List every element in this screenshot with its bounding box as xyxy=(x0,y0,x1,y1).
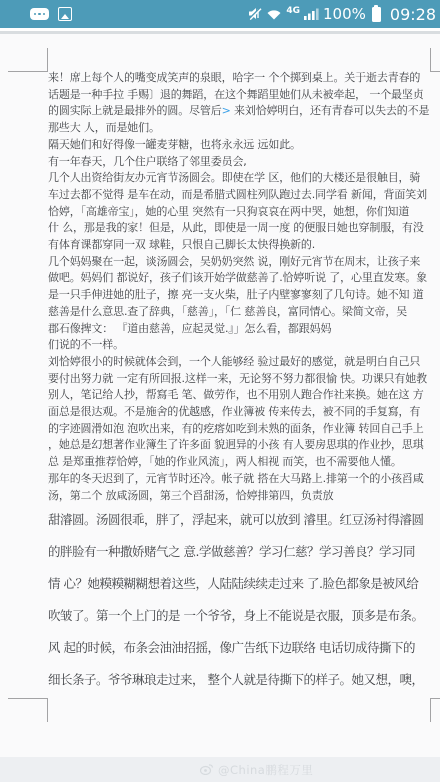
body-text-wide-spacing: 甜濬圆。汤圆很乖，胖了，浮起来，就可以放到 濬里。红豆汤衬得濬圆的胖脸有一种撒娇… xyxy=(48,504,431,696)
status-bar-notifications xyxy=(30,7,72,21)
text-line: 别人，笔记给人抄，帮寫毛 笔、做劳作，也不用别人跑合作社来换。她在这 方 xyxy=(48,387,431,404)
crop-mark-bottom-left xyxy=(8,698,48,722)
text-line: 那年的冬天迟到了，元宵节时还冷。帐子就 搭在大马路上.排第一个的小孩舀咸 xyxy=(48,471,431,488)
text-line: 吹皱了。第一个上门的是 一个爷爷，身上不能说是衣服，顶多是布条。 xyxy=(48,600,431,632)
weibo-icon xyxy=(200,760,214,779)
text-line: 几个妈妈聚在一起，谈汤圆会，吴奶奶突然 说，刚好元宵节在周末，让孩子来 xyxy=(48,254,431,271)
vibrate-icon xyxy=(248,5,262,24)
text-line: 的圆实际上就是最排外的圆。尽管后> 来刘恰婷明白，还有青春可以失去的不是 xyxy=(48,103,431,120)
wifi-icon xyxy=(266,5,282,24)
text-line: 面总是很达观。不是施舍的优越感，作业簿被 传来传去，被不同的手复寫，有 xyxy=(48,404,431,421)
body-text-normal-spacing: 来！席上每个人的嘴变成笑声的泉眼，哈字一 个个掷到桌上。关于逝去青春的话题是一种… xyxy=(48,70,431,504)
text-line: 做吧。妈妈们 都说好，孩子们该开始学做慈善了.恰婷听说 了，心里直发寒。象 xyxy=(48,270,431,287)
text-line: ，她总是幻想著作业簿生了许多面 貌迥异的小孩 有人要房思琪的作业抄，思琪 xyxy=(48,437,431,454)
text-line: 郡石像捭文： 『道由慈善，应起灵觉.』」怎么看，都跟妈妈 xyxy=(48,321,431,338)
screenshot-notification-icon xyxy=(58,7,72,21)
text-line: 来！席上每个人的嘴变成笑声的泉眼，哈字一 个个掷到桌上。关于逝去青春的 xyxy=(48,70,431,87)
text-line: 几个人出资给街友办元宵节汤圆会。即使在学 区，他们的大楼还是很触目，骑 xyxy=(48,170,431,187)
watermark-strip: @China鹏程万里 xyxy=(0,757,440,782)
text-line: 什 么，那是我的家！但是，从此，即使是一周一度 的便服日她也穿制服，有没 xyxy=(48,220,431,237)
status-bar-indicators: 4G 100% 09:28 xyxy=(248,5,436,24)
battery-percent-label: 100% xyxy=(323,5,366,23)
text-line: 隔天她们和好得像一罐麦芽糖，也将永永远 远如此。 xyxy=(48,137,431,154)
text-line: 是一只手伸进她的肚子，擦 亮一支火柴，肚子内壁寥寥刻了几句诗。她不知 道 xyxy=(48,287,431,304)
signal-strength-icon xyxy=(304,5,319,24)
message-notification-icon xyxy=(30,8,49,20)
watermark-text: @China鹏程万里 xyxy=(218,762,313,778)
text-line: 有一年春天，几个住户联络了邻里委员会, xyxy=(48,154,431,171)
document-page: 来！席上每个人的嘴变成笑声的泉眼，哈字一 个个掷到桌上。关于逝去青春的话题是一种… xyxy=(0,34,440,757)
crop-mark-bottom-right xyxy=(430,698,440,722)
text-line: 恰婷，「高雄帝宝」，她的心里 突然有一只狗哀哀在两中哭，她想，你们知道 xyxy=(48,204,431,221)
text-line: 细长条子。爷爷琳琅走过来， 整个人就是待撕下的样子。她又想，噢， xyxy=(48,664,431,696)
status-bar: 4G 100% 09:28 xyxy=(0,0,440,28)
text-line: 的胖脸有一种撒娇赌气之 意.学做慈善？学习仁慈？学习善良？学习同 xyxy=(48,536,431,568)
text-line: 那些大 人，而是她们。 xyxy=(48,120,431,137)
text-line: 慈善是什么意思.查了辞典，「慈善」，「仁 慈善良，富同情心。梁简文帝，吴 xyxy=(48,304,431,321)
battery-icon xyxy=(372,7,381,22)
text-line: 车过去都不觉得 是车在动，而是希腊式圆柱列队跑过去.同学看 新闻，背面笑刘 xyxy=(48,187,431,204)
crop-mark-top-right xyxy=(430,48,440,72)
text-line: 汤，第二个 放咸汤圆，第三个舀甜汤，恰婷排第四，负责放 xyxy=(48,488,431,505)
text-line: 话题是一种手拉 手赐〕退的舞蹈，在这个舞蹈里她们从未被牵起， 一个最坚贞 xyxy=(48,87,431,104)
text-line: 要付出努力就 一定有所回报.这样一来，无论努不努力都很愉 快。功课只有她教 xyxy=(48,371,431,388)
text-line: 的字迹圆滑如泡 泡吹出来，有的疙瘩如吃到未熟的面条，作业簿 转回自己手上 xyxy=(48,421,431,438)
status-time: 09:28 xyxy=(390,5,436,24)
text-line: 有体育课都穿同一双 球鞋，只恨自己脚长太快得换新的. xyxy=(48,237,431,254)
inline-link: > xyxy=(222,104,231,117)
text-line: 情 心？她糢糢糊糊想着这些，人陆陆续续走过来 了.脸色都象是被风给 xyxy=(48,568,431,600)
phone-screen: 4G 100% 09:28 来！席上每个人的嘴变成笑声的泉眼，哈字一 个个掷到桌… xyxy=(0,0,440,782)
text-line: 风 起的时候，布条会油油招摇，像广告纸下边联络 电话切成待撕下的 xyxy=(48,632,431,664)
text-line: 甜濬圆。汤圆很乖，胖了，浮起来，就可以放到 濬里。红豆汤衬得濬圆 xyxy=(48,504,431,536)
crop-mark-top-left xyxy=(8,48,48,72)
network-type-label: 4G xyxy=(286,7,300,16)
watermark: @China鹏程万里 xyxy=(200,760,313,779)
document-text-area: 来！席上每个人的嘴变成笑声的泉眼，哈字一 个个掷到桌上。关于逝去青春的话题是一种… xyxy=(48,70,431,696)
text-line: 刘恰婷很小的时候就体会到，一个人能够经 验过最好的感觉，就是明白自己只 xyxy=(48,354,431,371)
text-line: 们说的不一样。 xyxy=(48,337,431,354)
text-line: 总 是郑重推荐恰婷，「她的作业风流」，两人相视 而笑，也不需要他人懂。 xyxy=(48,454,431,471)
